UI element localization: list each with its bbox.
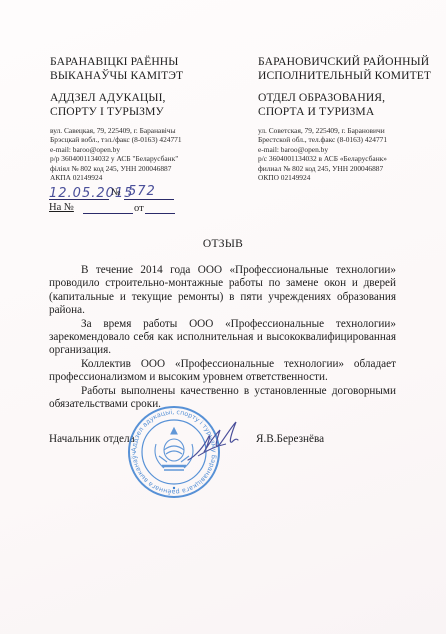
paragraph: За время работы ООО «Профессиональные те… xyxy=(49,318,396,358)
header-right-dept-line1: ОТДЕЛ ОБРАЗОВАНИЯ, xyxy=(258,91,385,105)
paragraph: Работы выполнены качественно в установле… xyxy=(49,385,396,412)
header-left-org-line1: БАРАНАВІЦКІ РАЁННЫ xyxy=(50,55,183,69)
detail-line: вул. Савецкая, 79, 225409, г. Баранавічы xyxy=(50,126,182,135)
signatory-name: Я.В.Березнёва xyxy=(256,433,324,445)
header-left-details: вул. Савецкая, 79, 225409, г. Баранавічы… xyxy=(50,126,182,182)
detail-line: Брэсцкай вобл., тэл./факс (8-0163) 42477… xyxy=(50,135,182,144)
detail-line: ул. Советская, 79, 225409, г. Барановичи xyxy=(258,126,387,135)
header-left-dept: АДДЗЕЛ АДУКАЦЫІ, СПОРТУ І ТУРЫЗМУ xyxy=(50,91,166,118)
number-label: № xyxy=(111,187,121,198)
registration-number: 572 xyxy=(128,184,156,199)
detail-line: АКПА 02149924 xyxy=(50,173,182,182)
header-left-dept-line1: АДДЗЕЛ АДУКАЦЫІ, xyxy=(50,91,166,105)
detail-line: р/р 3604001134032 у АСБ "Беларусбанк" xyxy=(50,154,182,163)
signature-scribble-icon xyxy=(186,416,246,466)
header-right-org-line1: БАРАНОВИЧСКИЙ РАЙОННЫЙ xyxy=(258,55,431,69)
signatory-position: Начальник отдела xyxy=(49,433,135,445)
ref-label: На № xyxy=(49,202,74,213)
header-right-org: БАРАНОВИЧСКИЙ РАЙОННЫЙ ИСПОЛНИТЕЛЬНЫЙ КО… xyxy=(258,55,431,82)
ref-number-underline xyxy=(83,213,133,214)
detail-line: e-mail: baroo@open.by xyxy=(50,145,182,154)
detail-line: ОКПО 02149924 xyxy=(258,173,387,182)
document-body: В течение 2014 года ООО «Профессиональны… xyxy=(49,264,396,411)
detail-line: філіял № 802 код 245, УНН 200046887 xyxy=(50,164,182,173)
ref-from-label: от xyxy=(134,203,144,214)
paragraph: Коллектив ООО «Профессиональные технолог… xyxy=(49,358,396,385)
detail-line: р/с 3604001134032 в АСБ «Беларусбанк» xyxy=(258,154,387,163)
header-left-org: БАРАНАВІЦКІ РАЁННЫ ВЫКАНАЎЧЫ КАМІТЭТ xyxy=(50,55,183,82)
header-left-dept-line2: СПОРТУ І ТУРЫЗМУ xyxy=(50,105,166,119)
header-right-dept: ОТДЕЛ ОБРАЗОВАНИЯ, СПОРТА И ТУРИЗМА xyxy=(258,91,385,118)
number-underline xyxy=(124,199,174,200)
detail-line: e-mail: baroo@open.by xyxy=(258,145,387,154)
header-right-org-line2: ИСПОЛНИТЕЛЬНЫЙ КОМИТЕТ xyxy=(258,69,431,83)
detail-line: Брестской обл., тел.факс (8-0163) 424771 xyxy=(258,135,387,144)
handwritten-signature xyxy=(186,416,246,466)
header-right-details: ул. Советская, 79, 225409, г. Барановичи… xyxy=(258,126,387,182)
date-underline xyxy=(49,199,109,200)
header-left-org-line2: ВЫКАНАЎЧЫ КАМІТЭТ xyxy=(50,69,183,83)
document-page: БАРАНАВІЦКІ РАЁННЫ ВЫКАНАЎЧЫ КАМІТЭТ АДД… xyxy=(0,0,446,634)
ref-date-underline xyxy=(145,213,175,214)
document-title: ОТЗЫВ xyxy=(0,238,446,250)
detail-line: филиал № 802 код 245, УНН 200046887 xyxy=(258,164,387,173)
header-right-dept-line2: СПОРТА И ТУРИЗМА xyxy=(258,105,385,119)
paragraph: В течение 2014 года ООО «Профессиональны… xyxy=(49,264,396,318)
